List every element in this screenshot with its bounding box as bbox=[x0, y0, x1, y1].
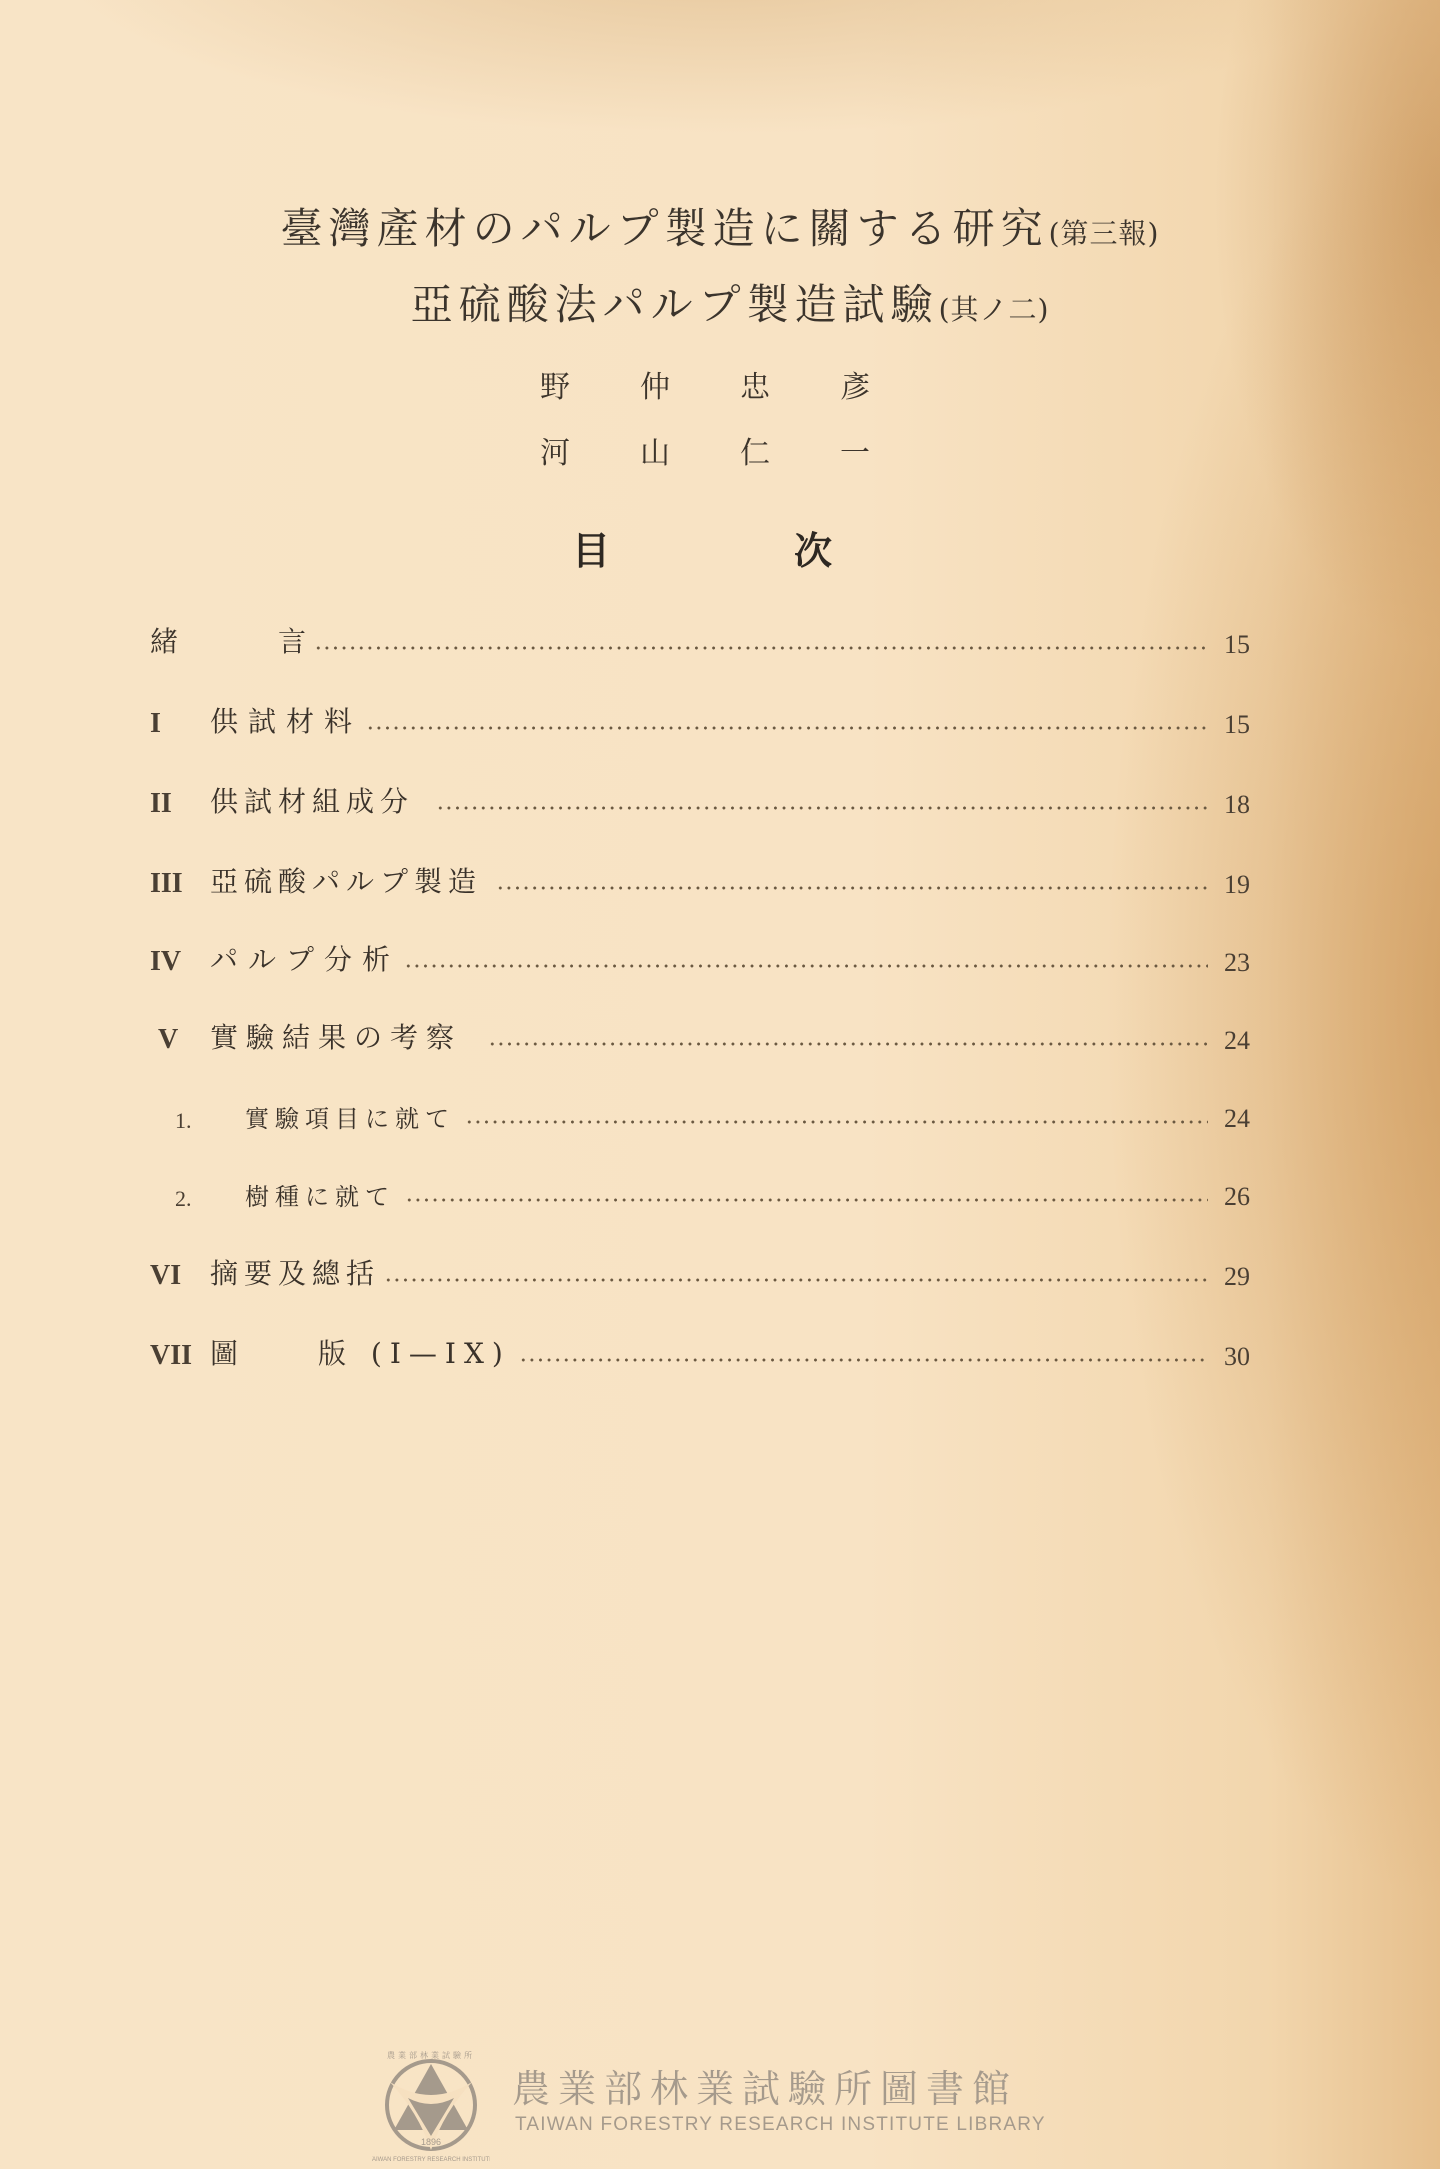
document-page: 臺灣產材のパルプ製造に關する研究(第三報) 亞硫酸法パルプ製造試驗(其ノ二) 野… bbox=[0, 0, 1440, 2169]
library-name-english: TAIWAN FORESTRY RESEARCH INSTITUTE LIBRA… bbox=[515, 2114, 1046, 2136]
toc-entry-materials[interactable]: I 供試材料 15 bbox=[150, 700, 1250, 740]
toc-entry-sulfite-pulp[interactable]: III 亞硫酸パルプ製造 19 bbox=[150, 860, 1250, 900]
toc-entry-page: 15 bbox=[1212, 710, 1250, 740]
toc-entry-composition[interactable]: II 供試材組成分 18 bbox=[150, 780, 1250, 820]
toc-entry-number: 1. bbox=[150, 1108, 245, 1134]
toc-entry-label: 樹種に就て bbox=[245, 1177, 395, 1212]
toc-entry-number: III bbox=[150, 868, 210, 900]
library-name-chinese: 農業部林業試驗所圖書館 bbox=[512, 2058, 1018, 2113]
dot-leader bbox=[366, 726, 1208, 730]
toc-entry-label: 摘要及總括 bbox=[210, 1252, 380, 1292]
dot-leader bbox=[519, 1358, 1208, 1362]
toc-entry-label: 緒 言 bbox=[150, 620, 310, 660]
toc-entry-number: 2. bbox=[150, 1186, 245, 1212]
toc-entry-page: 15 bbox=[1212, 630, 1250, 660]
author-char: 一 bbox=[840, 428, 870, 472]
dot-leader bbox=[404, 964, 1208, 968]
toc-entry-label: 實驗結果の考察 bbox=[210, 1016, 462, 1056]
title-report-number: (第三報) bbox=[1049, 217, 1160, 250]
toc-entry-page: 26 bbox=[1212, 1182, 1250, 1212]
dot-leader bbox=[384, 1278, 1208, 1282]
toc-entry-page: 19 bbox=[1212, 870, 1250, 900]
toc-entry-number: II bbox=[150, 788, 210, 820]
toc-entry-page: 29 bbox=[1212, 1262, 1250, 1292]
toc-entry-label: 供試材組成分 bbox=[210, 780, 414, 820]
toc-entry-page: 24 bbox=[1212, 1026, 1250, 1056]
library-seal-logo-icon: 1896 農業部林業試驗所 TAIWAN FORESTRY RESEARCH I… bbox=[372, 2046, 490, 2164]
toc-entry-number: V bbox=[150, 1024, 210, 1056]
toc-heading-char: 次 bbox=[794, 520, 832, 575]
toc-entry-label: 實驗項目に就て bbox=[245, 1099, 455, 1134]
subtitle-part-number: (其ノ二) bbox=[939, 293, 1050, 326]
toc-heading: 目 次 bbox=[572, 520, 832, 575]
toc-entry-plates[interactable]: VII 圖 版 (I—IX) 30 bbox=[150, 1332, 1250, 1372]
toc-entry-pulp-analysis[interactable]: IV パルプ分析 23 bbox=[150, 938, 1250, 978]
subtitle-text: 亞硫酸法パルプ製造試驗 bbox=[411, 280, 939, 329]
toc-entry-label: 圖 版 (I—IX) bbox=[210, 1332, 511, 1372]
dot-leader bbox=[496, 886, 1208, 890]
toc-entry-page: 18 bbox=[1212, 790, 1250, 820]
toc-entry-number: IV bbox=[150, 946, 210, 978]
dot-leader bbox=[314, 646, 1208, 650]
toc-entry-label: パルプ分析 bbox=[210, 938, 400, 978]
toc-entry-number: VI bbox=[150, 1260, 210, 1292]
toc-entry-discussion[interactable]: V 實驗結果の考察 24 bbox=[150, 1016, 1250, 1056]
title-line-1: 臺灣產材のパルプ製造に關する研究(第三報) bbox=[0, 196, 1440, 256]
svg-text:農業部林業試驗所: 農業部林業試驗所 bbox=[387, 2050, 475, 2060]
author-char: 忠 bbox=[740, 362, 770, 406]
dot-leader bbox=[405, 1198, 1208, 1202]
title-main-text: 臺灣產材のパルプ製造に關する研究 bbox=[281, 204, 1049, 253]
title-line-2: 亞硫酸法パルプ製造試驗(其ノ二) bbox=[0, 272, 1440, 332]
toc-entry-introduction[interactable]: 緒 言 15 bbox=[150, 620, 1250, 660]
toc-entry-label: 亞硫酸パルプ製造 bbox=[210, 860, 482, 900]
toc-entry-label: 供試材料 bbox=[210, 700, 362, 740]
author-char: 河 bbox=[540, 428, 570, 472]
toc-entry-tree-species[interactable]: 2. 樹種に就て 26 bbox=[150, 1172, 1250, 1212]
toc-entry-experiment-items[interactable]: 1. 實驗項目に就て 24 bbox=[150, 1094, 1250, 1134]
author-char: 仲 bbox=[640, 362, 670, 406]
toc-entry-summary[interactable]: VI 摘要及總括 29 bbox=[150, 1252, 1250, 1292]
toc-entry-page: 24 bbox=[1212, 1104, 1250, 1134]
toc-heading-char: 目 bbox=[572, 520, 610, 575]
dot-leader bbox=[465, 1120, 1208, 1124]
toc-entry-page: 23 bbox=[1212, 948, 1250, 978]
author-2: 河 山 仁 一 bbox=[540, 428, 870, 472]
author-char: 山 bbox=[640, 428, 670, 472]
toc-entry-number: I bbox=[150, 708, 210, 740]
author-1: 野 仲 忠 彥 bbox=[540, 362, 870, 406]
author-char: 彥 bbox=[840, 362, 870, 406]
dot-leader bbox=[436, 806, 1208, 810]
svg-text:TAIWAN FORESTRY RESEARCH INSTI: TAIWAN FORESTRY RESEARCH INSTITUTE bbox=[372, 2157, 490, 2163]
svg-text:1896: 1896 bbox=[421, 2137, 441, 2147]
author-char: 野 bbox=[540, 362, 570, 406]
toc-entry-number: VII bbox=[150, 1340, 210, 1372]
dot-leader bbox=[488, 1042, 1208, 1046]
author-char: 仁 bbox=[740, 428, 770, 472]
toc-entry-page: 30 bbox=[1212, 1342, 1250, 1372]
